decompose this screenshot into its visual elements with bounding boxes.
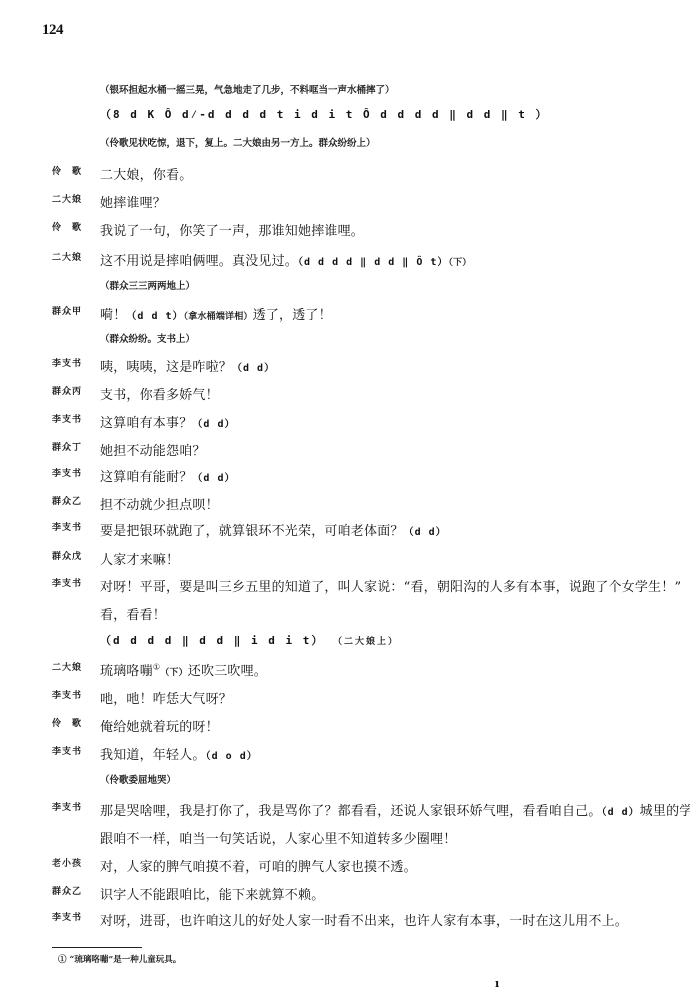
dialogue-text: 二大娘，你看。 [100,164,192,183]
dialogue-text: 这算咱有能耐？（d d） [100,466,235,485]
stage-direction: （伶歌委屈地哭） [100,772,176,786]
dialogue-text: 对呀！平哥，要是叫三乡五里的知道了，叫人家说：“看，朝阳沟的人多有本事，说跑了个… [100,576,690,595]
music-notation: （d d） [192,473,235,484]
footnote: ① “琉璃咯嘣”是一种儿童玩具。 [58,953,181,965]
music-notation: （d d d d ‖ d d ‖ i d i t） （二大娘上） [100,632,399,648]
footnote-divider [52,947,142,948]
dialogue-text: 要是把银环就跑了，就算银环不光荣，可咱老体面？（d d） [100,520,447,539]
dialogue-text: 对呀，进哥，也许咱这儿的好处人家一时看不出来，也许人家有本事，一时在这儿用不上。 [100,910,628,929]
speech-text: 这算咱有本事？ [100,416,192,431]
speech-text: 我知道，年轻人。 [100,748,206,763]
speaker-name: 李支书 [52,800,82,813]
speech-text: 那是哭啥哩，我是打你了，我是骂你了？都看看，还说人家银环娇气哩，看看咱自己。 [100,804,602,819]
speech-text: 嗬！ [100,308,126,323]
speech-text: 要是把银环就跑了，就算银环不光荣，可咱老体面？ [100,524,404,539]
dialogue-text: 这不用说是摔咱俩哩。真没见过。（d d d d ‖ d d ‖ Ô t）（下） [100,250,472,269]
dialogue-text: 嗬！（d d t）（拿水桶端详相）透了，透了！ [100,304,332,323]
dialogue-text: 识字人不能跟咱比，能下来就算不赖。 [100,884,324,903]
speech-text: 透了，透了！ [253,308,332,323]
music-notation: （d d） [232,363,275,374]
speaker-name: 李支书 [52,576,82,589]
music-notation: （d d） [602,807,640,818]
music-notation: （d d） [192,419,235,430]
music-notation: （d o d） [206,751,258,762]
speaker-name: 李支书 [52,688,82,701]
footnote-marker: ① [58,955,67,965]
dialogue-text: 琉璃咯嘣①（下）还吹三吹哩。 [100,660,267,679]
speaker-name: 伶 歌 [52,716,82,729]
speaker-name: 二大娘 [52,660,82,673]
speaker-name: 李支书 [52,466,82,479]
dialogue-text: 她摔谁哩？ [100,192,166,211]
speaker-name: 群众戊 [52,549,82,562]
speech-text: 对呀！平哥，要是叫三乡五里的知道了，叫人家说：“看，朝阳沟的人多有本事，说跑了个… [100,580,690,595]
speaker-name: 群众丁 [52,440,82,453]
speech-text: 还吹三吹哩。 [188,664,267,679]
speaker-name: 李支书 [52,412,82,425]
music-notation: （d d t） [126,311,183,322]
print-mark: ı [495,977,499,990]
speech-text: 她摔谁哩？ [100,196,166,211]
speech-text: 对，人家的脾气咱摸不着，可咱的脾气人家也摸不透。 [100,860,417,875]
speaker-name: 群众乙 [52,884,82,897]
stage-aside: （下） [448,258,471,268]
page-number: 124 [42,22,63,39]
speech-text: 她担不动能怨咱？ [100,444,206,459]
stage-aside: （下） [160,668,188,678]
stage-aside: （拿水桶端详相） [184,312,253,322]
speaker-name: 伶 歌 [52,220,82,233]
speech-text: 吔，吔！咋恁大气呀？ [100,692,232,707]
speaker-name: 二大娘 [52,250,82,263]
dialogue-text: 担不动就少担点呗！ [100,494,219,513]
dialogue-text: 那是哭啥哩，我是打你了，我是骂你了？都看看，还说人家银环娇气哩，看看咱自己。（d… [100,800,690,819]
stage-aside: （二大娘上） [333,637,399,647]
music-notation: （d d） [404,527,447,538]
stage-direction: （群众三三两两地上） [100,278,195,292]
speech-text: 对呀，进哥，也许咱这儿的好处人家一时看不出来，也许人家有本事，一时在这儿用不上。 [100,914,628,929]
dialogue-text: 我知道，年轻人。（d o d） [100,744,258,763]
speech-text: 城里的学生 [640,804,690,819]
dialogue-text: 支书，你看多娇气！ [100,384,219,403]
speech-text: 这算咱有能耐？ [100,470,192,485]
notation-text: （d d d d ‖ d d ‖ i d i t） [100,634,324,647]
speech-text: 咦，咦咦，这是咋啦？ [100,360,232,375]
speaker-name: 群众甲 [52,304,82,317]
dialogue-text: 吔，吔！咋恁大气呀？ [100,688,232,707]
dialogue-text: 咦，咦咦，这是咋啦？（d d） [100,356,275,375]
speech-text: 识字人不能跟咱比，能下来就算不赖。 [100,888,324,903]
stage-direction: （伶歌见状吃惊，退下，复上。二大娘由另一方上。群众纷纷上） [100,135,376,149]
speaker-name: 李支书 [52,356,82,369]
speaker-name: 李支书 [52,744,82,757]
speaker-name: 李支书 [52,910,82,923]
speech-text: 这不用说是摔咱俩哩。真没见过。 [100,254,298,269]
speaker-name: 二大娘 [52,192,82,205]
speech-text: 琉璃咯嘣 [100,664,153,679]
speech-text: 人家才来嘛！ [100,553,179,568]
dialogue-text: 人家才来嘛！ [100,549,179,568]
stage-direction: （银环担起水桶一摇三晃，气急地走了几步，不料哐当一声水桶摔了） [100,82,395,96]
speaker-name: 老小孩 [52,856,82,869]
dialogue-text: 对，人家的脾气咱摸不着，可咱的脾气人家也摸不透。 [100,856,417,875]
speech-text: 我说了一句，你笑了一声，那谁知她摔谁哩。 [100,224,364,239]
notation-text: （8 d K Ô d⁄-d d d d t i d i t Ô d d d d … [100,108,548,121]
speaker-name: 伶 歌 [52,164,82,177]
speech-text: 支书，你看多娇气！ [100,388,219,403]
speaker-name: 群众丙 [52,384,82,397]
dialogue-continuation: 看，看看！ [100,604,166,623]
dialogue-text: 她担不动能怨咱？ [100,440,206,459]
dialogue-continuation: 跟咱不一样，咱当一句笑话说，人家心里不知道转多少圈哩！ [100,828,456,847]
dialogue-text: 俺给她就着玩的呀！ [100,716,219,735]
speaker-name: 群众乙 [52,494,82,507]
speech-text: 二大娘，你看。 [100,168,192,183]
speaker-name: 李支书 [52,520,82,533]
dialogue-text: 这算咱有本事？（d d） [100,412,235,431]
music-notation: （d d d d ‖ d d ‖ Ô t） [298,257,448,268]
speech-text: 担不动就少担点呗！ [100,498,219,513]
dialogue-text: 我说了一句，你笑了一声，那谁知她摔谁哩。 [100,220,364,239]
stage-direction: （群众纷纷。支书上） [100,331,195,345]
footnote-text: “琉璃咯嘣”是一种儿童玩具。 [69,955,181,965]
music-notation: （8 d K Ô d⁄-d d d d t i d i t Ô d d d d … [100,106,548,122]
speech-text: 俺给她就着玩的呀！ [100,720,219,735]
